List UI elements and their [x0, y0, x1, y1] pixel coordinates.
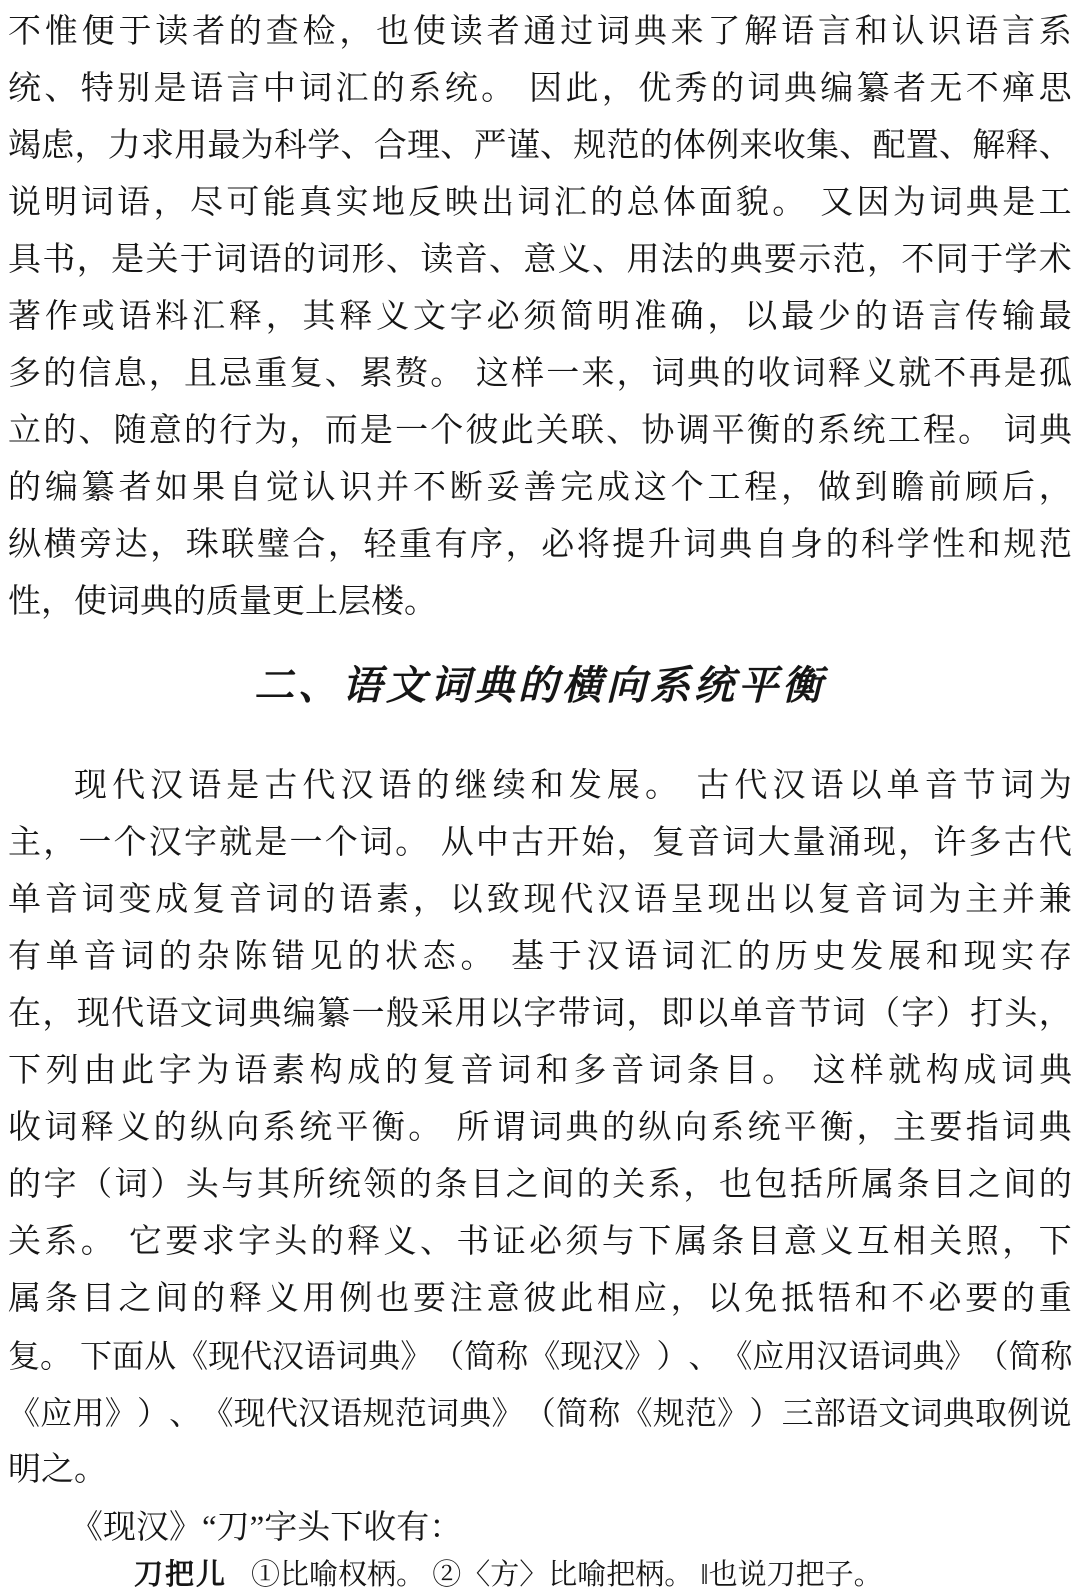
document-page: 不惟便于读者的查检，也使读者通过词典来了解语言和认识语言系 统、特别是语言中词汇… — [0, 0, 1080, 1596]
text-line: 的编纂者如果自觉认识并不断妥善完成这个工程，做到瞻前顾后， — [8, 460, 1072, 517]
paragraph-2: 现代汉语是古代汉语的继续和发展。 古代汉语以单音节词为 主，一个汉字就是一个词。… — [8, 758, 1072, 1499]
text-line: 收词释义的纵向系统平衡。 所谓词典的纵向系统平衡，主要指词典 — [8, 1100, 1072, 1157]
text-line: 单音词变成复音词的语素，以致现代汉语呈现出以复音词为主并兼 — [8, 872, 1072, 929]
subhead-line: 《现汉》“刀”字头下收有： — [8, 1503, 1072, 1553]
text-line: 纵横旁达，珠联璧合，轻重有序，必将提升词典自身的科学性和规范 — [8, 517, 1072, 574]
text-line: 竭虑，力求用最为科学、合理、严谨、规范的体例来收集、配置、解释、 — [8, 118, 1072, 175]
text-line: 主，一个汉字就是一个词。 从中古开始，复音词大量涌现，许多古代 — [8, 815, 1072, 872]
dictionary-entry: 刀把儿①比喻权柄。 ②〈方〉比喻把柄。 ‖也说刀把子。 — [8, 1553, 1072, 1596]
text-line: 《应用》）、《现代汉语规范词典》（简称《规范》）三部语文词典取例说 — [8, 1385, 1072, 1442]
text-line: 现代汉语是古代汉语的继续和发展。 古代汉语以单音节词为 — [8, 758, 1072, 815]
text-line: 关系。 它要求字头的释义、书证必须与下属条目意义互相关照，下 — [8, 1214, 1072, 1271]
paragraph-1: 不惟便于读者的查检，也使读者通过词典来了解语言和认识语言系 统、特别是语言中词汇… — [8, 4, 1072, 631]
text-line: 复。 下面从《现代汉语词典》（简称《现汉》）、《应用汉语词典》（简称 — [8, 1328, 1072, 1385]
text-line: 性，使词典的质量更上层楼。 — [8, 574, 1072, 631]
text-line: 多的信息，且忌重复、累赘。 这样一来，词典的收词释义就不再是孤 — [8, 346, 1072, 403]
text-line: 说明词语，尽可能真实地反映出词汇的总体面貌。 又因为词典是工 — [8, 175, 1072, 232]
text-line: 在，现代语文词典编纂一般采用以字带词，即以单音节词（字）打头， — [8, 986, 1072, 1043]
text-line: 统、特别是语言中词汇的系统。 因此，优秀的词典编纂者无不瘅思 — [8, 61, 1072, 118]
text-line: 属条目之间的释义用例也要注意彼此相应，以免抵牾和不必要的重 — [8, 1271, 1072, 1328]
text-line: 不惟便于读者的查检，也使读者通过词典来了解语言和认识语言系 — [8, 4, 1072, 61]
text-line: 著作或语料汇释，其释义文字必须简明准确，以最少的语言传输最 — [8, 289, 1072, 346]
section-heading: 二、语文词典的横向系统平衡 — [8, 657, 1072, 714]
text-line: 的字（词）头与其所统领的条目之间的关系，也包括所属条目之间的 — [8, 1157, 1072, 1214]
text-line: 明之。 — [8, 1442, 1072, 1499]
entry-definition: ①比喻权柄。 ②〈方〉比喻把柄。 ‖也说刀把子。 — [251, 1559, 883, 1591]
entry-headword: 刀把儿 — [134, 1559, 227, 1591]
text-line: 下列由此字为语素构成的复音词和多音词条目。 这样就构成词典 — [8, 1043, 1072, 1100]
text-line: 立的、随意的行为，而是一个彼此关联、协调平衡的系统工程。 词典 — [8, 403, 1072, 460]
text-line: 有单音词的杂陈错见的状态。 基于汉语词汇的历史发展和现实存 — [8, 929, 1072, 986]
text-line: 具书，是关于词语的词形、读音、意义、用法的典要示范，不同于学术 — [8, 232, 1072, 289]
